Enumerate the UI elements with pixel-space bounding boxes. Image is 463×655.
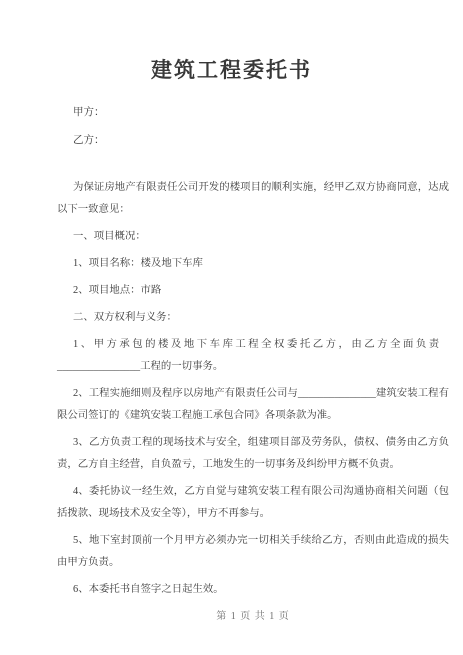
- party-b-label: 乙方：: [57, 130, 449, 152]
- clause-5: 5、地下室封顶前一个月甲方必须办完一切相关手续给乙方，否则由此造成的损失由甲方负…: [57, 530, 449, 574]
- clause-1-line-1: 1、甲方承包的楼及地下车库工程全权委托乙方，由乙方全面负责: [57, 334, 449, 356]
- clause-6: 6、本委托书自签字之日起生效。: [57, 579, 449, 601]
- document-content: 建筑工程委托书 甲方： 乙方： 为保证房地产有限责任公司开发的楼项目的顺利实施，…: [0, 54, 463, 625]
- clause-2: 2、工程实施细则及程序以房地产有限责任公司与_______________建筑安…: [57, 383, 449, 427]
- clause-4: 4、委托协议一经生效，乙方自觉与建筑安装工程有限公司沟通协商相关问题（包括拨款、…: [57, 481, 449, 525]
- document-body: 为保证房地产有限责任公司开发的楼项目的顺利实施，经甲乙双方协商同意，达成以下一致…: [57, 177, 449, 601]
- clause-3: 3、乙方负责工程的现场技术与安全，组建项目部及劳务队，债权、债务由乙方负责，乙方…: [57, 432, 449, 476]
- clause-1: 1、甲方承包的楼及地下车库工程全权委托乙方，由乙方全面负责 __________…: [57, 334, 449, 378]
- document-page: 建筑工程委托书 甲方： 乙方： 为保证房地产有限责任公司开发的楼项目的顺利实施，…: [0, 0, 463, 655]
- document-title: 建筑工程委托书: [0, 54, 463, 86]
- item-project-name: 1、项目名称：楼及地下车库: [57, 253, 449, 275]
- intro-paragraph: 为保证房地产有限责任公司开发的楼项目的顺利实施，经甲乙双方协商同意，达成以下一致…: [57, 177, 449, 221]
- party-a-label: 甲方：: [57, 102, 449, 124]
- party-block: 甲方： 乙方：: [57, 102, 449, 152]
- item-project-location: 2、项目地点：市路: [57, 280, 449, 302]
- clause-1-line-2: ________________工程的一切事务。: [57, 356, 449, 378]
- section2-heading: 二、双方权利与义务：: [57, 307, 449, 329]
- page-number-indicator: 第 1 页 共 1 页: [57, 609, 449, 625]
- section1-heading: 一、项目概况：: [57, 226, 449, 248]
